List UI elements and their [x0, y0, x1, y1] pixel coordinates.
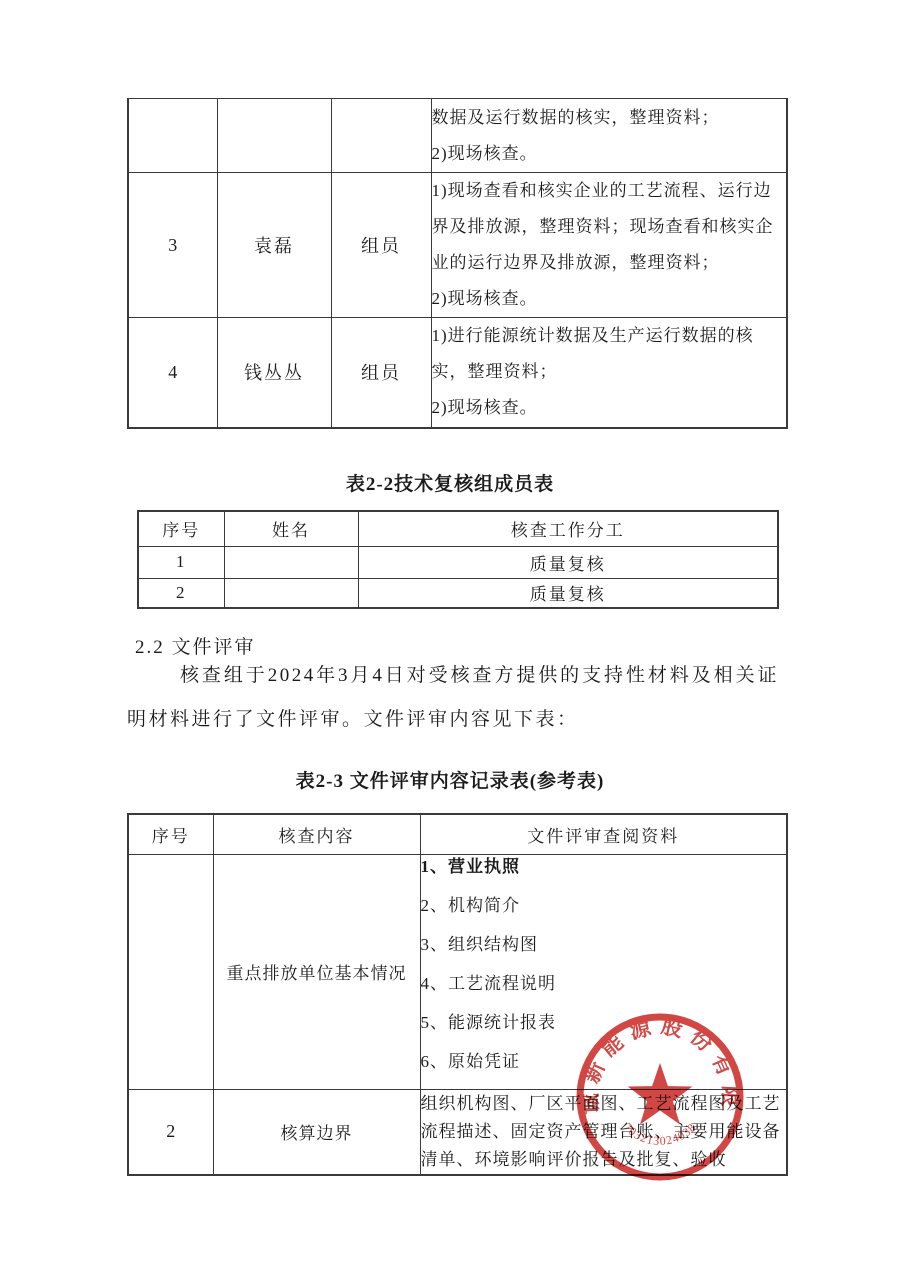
table-row: 2 质量复核	[138, 578, 778, 608]
cell-no: 4	[128, 318, 217, 428]
cell-duties: 数据及运行数据的核实，整理资料； 2)现场核查。	[431, 99, 787, 173]
cell-duties: 1)现场查看和核实企业的工艺流程、运行边界及排放源，整理资料；现场查看和核实企业…	[431, 173, 787, 318]
header-materials: 文件评审查阅资料	[420, 814, 787, 854]
material-item: 2、机构简介	[421, 894, 787, 918]
duty-line: 2)现场核查。	[432, 281, 787, 317]
duty-line: 2)现场核查。	[432, 136, 787, 172]
section-paragraph: 核查组于2024年3月4日对受核查方提供的支持性材料及相关证明材料进行了文件评审…	[127, 654, 779, 742]
cell-duties: 1)进行能源统计数据及生产运行数据的核实，整理资料； 2)现场核查。	[431, 318, 787, 428]
duty-line: 数据及运行数据的核实，整理资料；	[432, 100, 787, 136]
cell-no	[128, 854, 213, 1089]
cell-content: 核算边界	[213, 1089, 420, 1175]
cell-no: 2	[138, 578, 224, 608]
verification-team-table: 数据及运行数据的核实，整理资料； 2)现场核查。 3 袁磊 组员 1)现场查看和…	[127, 98, 788, 429]
cell-name	[217, 99, 331, 173]
stamp-star-icon	[628, 1063, 693, 1125]
cell-no: 1	[138, 546, 224, 578]
cell-content: 重点排放单位基本情况	[213, 854, 420, 1089]
cell-name: 钱丛丛	[217, 318, 331, 428]
table-row-member-3: 3 袁磊 组员 1)现场查看和核实企业的工艺流程、运行边界及排放源，整理资料；现…	[128, 173, 787, 318]
cell-role: 组员	[331, 318, 431, 428]
cell-duty: 质量复核	[358, 546, 778, 578]
stamp-serial-number: 703213024038	[621, 1120, 699, 1148]
header-no: 序号	[128, 814, 213, 854]
table-row: 1 质量复核	[138, 546, 778, 578]
table-row-member-4: 4 钱丛丛 组员 1)进行能源统计数据及生产运行数据的核实，整理资料； 2)现场…	[128, 318, 787, 428]
header-duty: 核查工作分工	[358, 511, 778, 546]
table-row-continuation: 数据及运行数据的核实，整理资料； 2)现场核查。	[128, 99, 787, 173]
material-item: 1、营业执照	[421, 855, 787, 879]
duty-line: 1)进行能源统计数据及生产运行数据的核实，整理资料；	[432, 318, 787, 390]
duty-line: 2)现场核查。	[432, 390, 787, 426]
header-content: 核查内容	[213, 814, 420, 854]
table-header-row: 序号 核查内容 文件评审查阅资料	[128, 814, 787, 854]
cell-role	[331, 99, 431, 173]
cell-role: 组员	[331, 173, 431, 318]
technical-review-team-table: 序号 姓名 核查工作分工 1 质量复核 2 质量复核	[137, 510, 779, 609]
company-seal-stamp: 诚新能源股份有限 703213024038	[565, 1002, 755, 1192]
cell-name	[224, 546, 358, 578]
document-page: 数据及运行数据的核实，整理资料； 2)现场核查。 3 袁磊 组员 1)现场查看和…	[0, 0, 900, 1284]
header-name: 姓名	[224, 511, 358, 546]
cell-name: 袁磊	[217, 173, 331, 318]
duty-line: 1)现场查看和核实企业的工艺流程、运行边界及排放源，整理资料；现场查看和核实企业…	[432, 173, 787, 281]
cell-name	[224, 578, 358, 608]
cell-no: 3	[128, 173, 217, 318]
table-2-3-caption: 表2-3 文件评审内容记录表(参考表)	[0, 766, 900, 793]
material-item: 4、工艺流程说明	[421, 972, 787, 996]
header-no: 序号	[138, 511, 224, 546]
cell-no	[128, 99, 217, 173]
cell-duty: 质量复核	[358, 578, 778, 608]
material-item: 3、组织结构图	[421, 933, 787, 957]
table-header-row: 序号 姓名 核查工作分工	[138, 511, 778, 546]
cell-no: 2	[128, 1089, 213, 1175]
table-2-2-caption: 表2-2技术复核组成员表	[0, 469, 900, 496]
